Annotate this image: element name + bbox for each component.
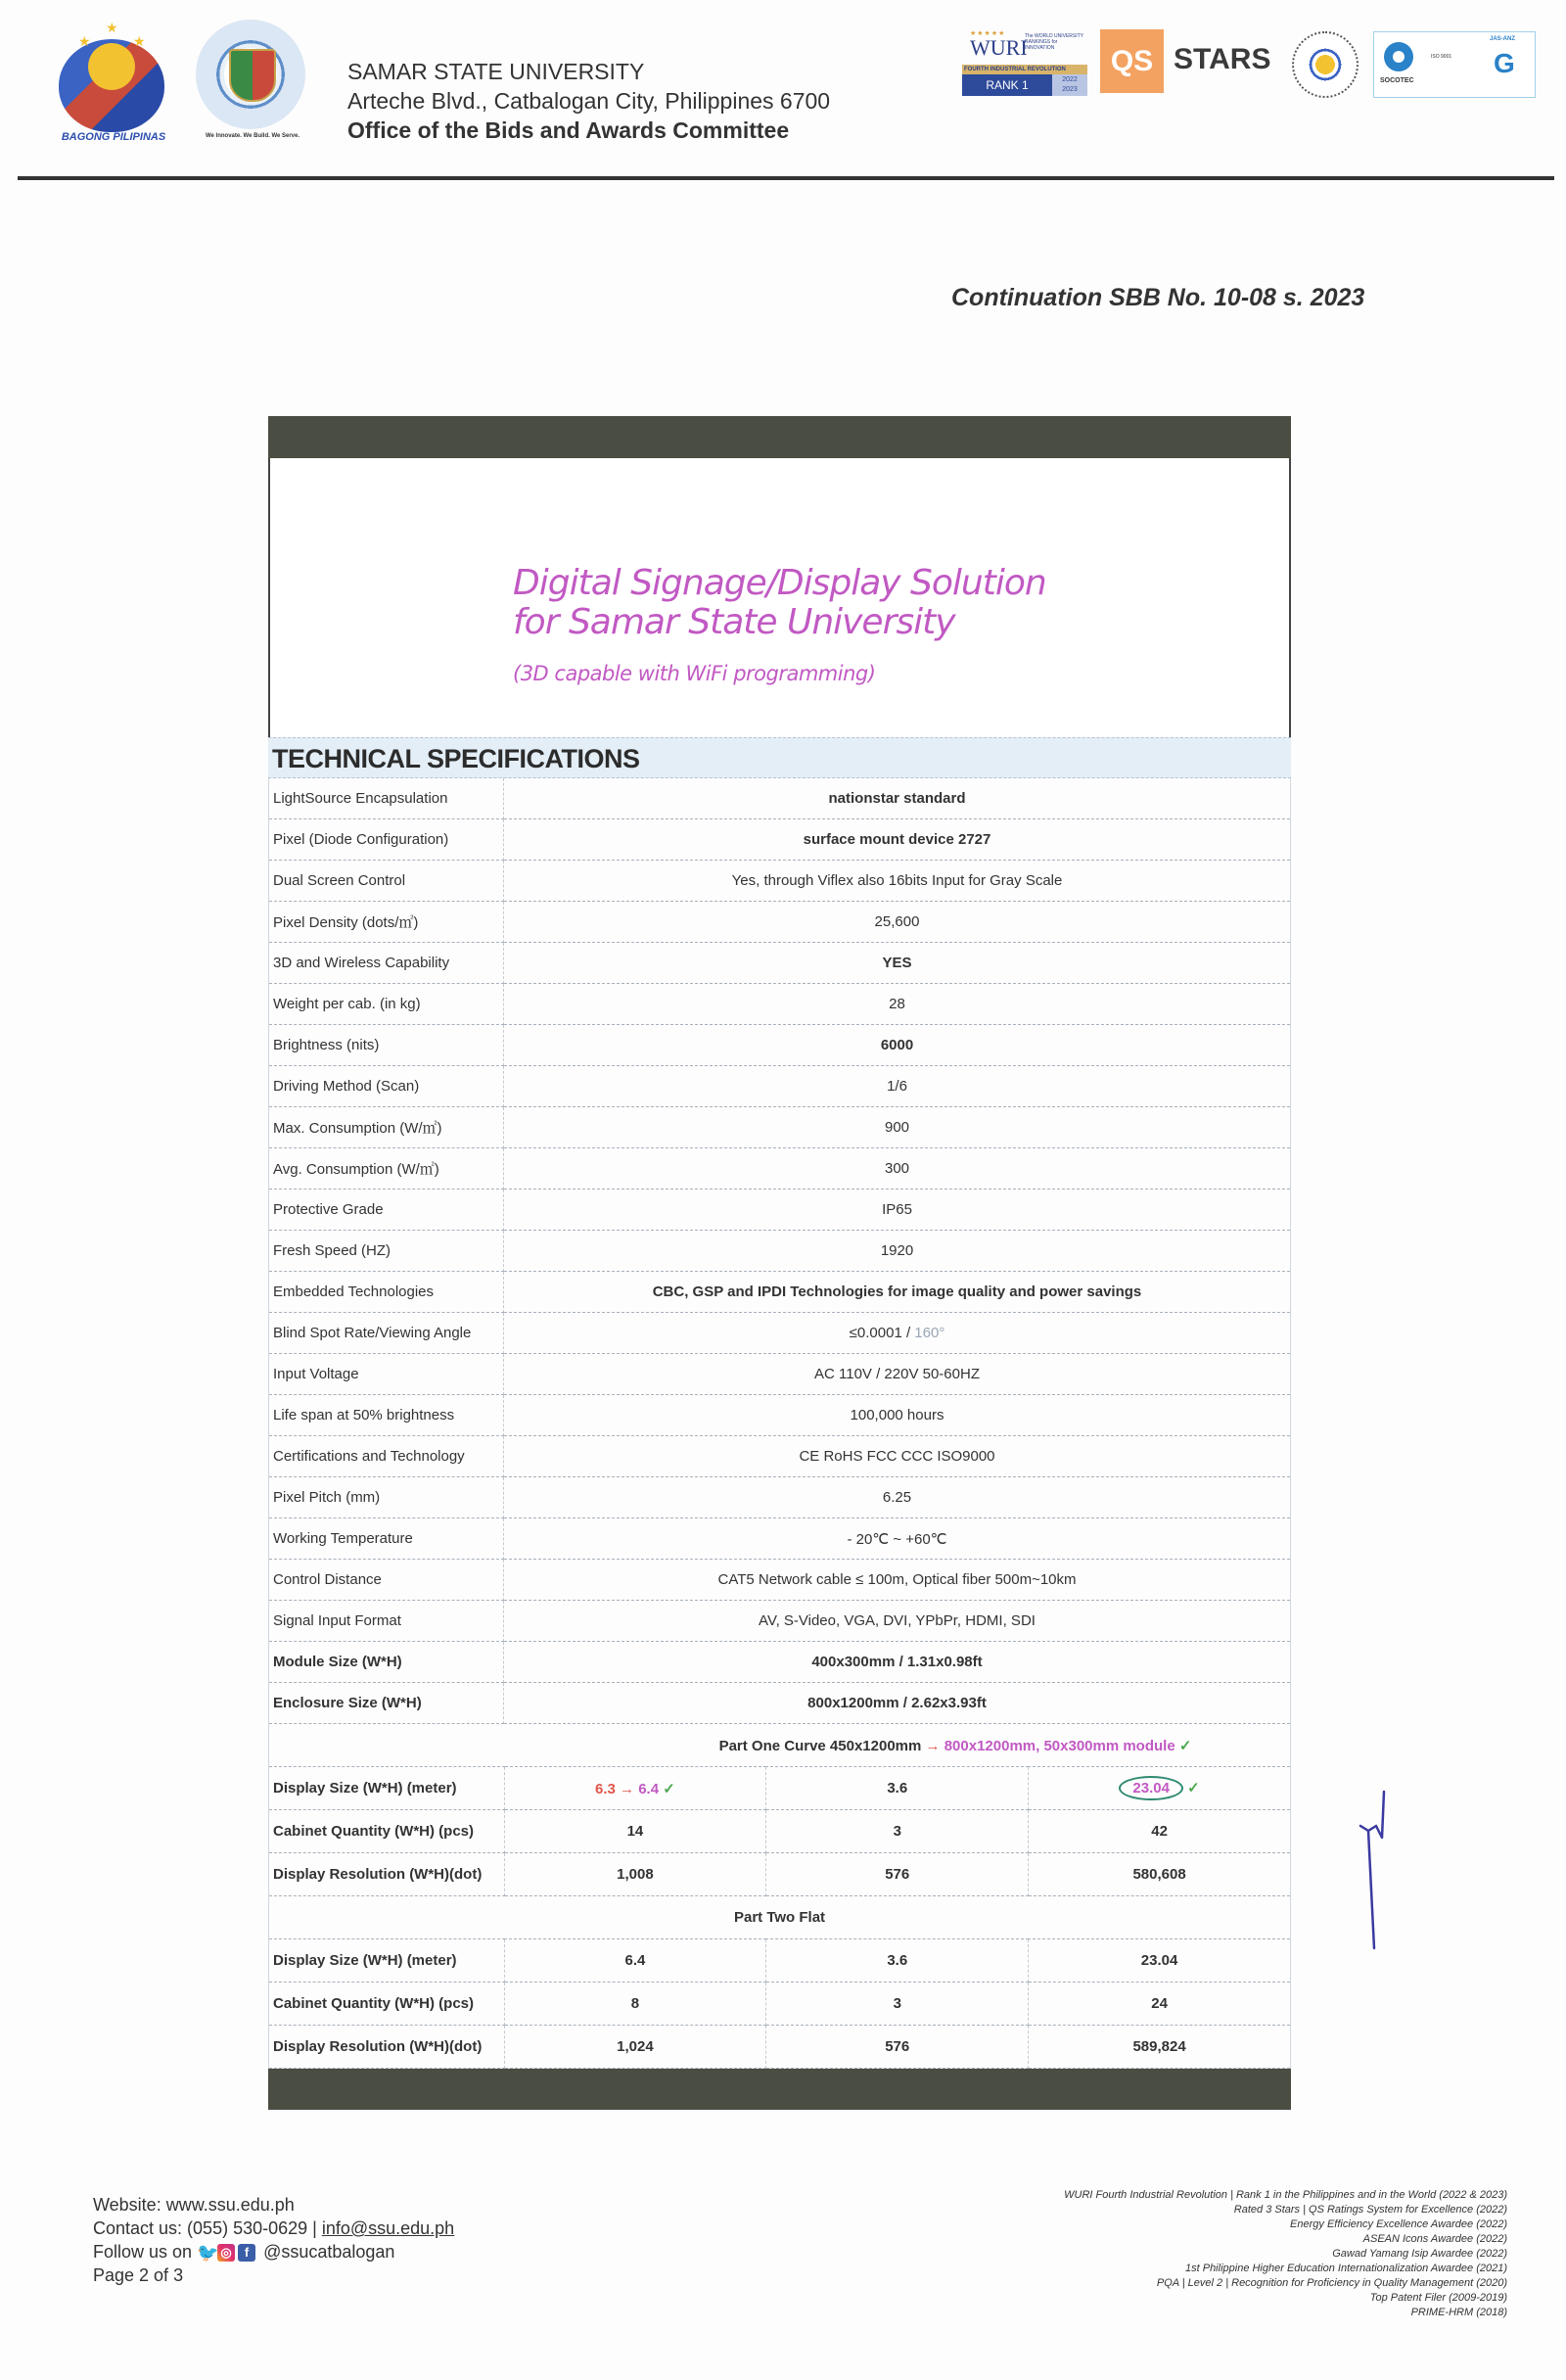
socotec-icon xyxy=(1384,42,1413,71)
spec-label: LightSource Encapsulation xyxy=(269,778,504,819)
row-label: Display Size (W*H) (meter) xyxy=(269,1939,505,1983)
spec-title: Digital Signage/Display Solution for Sam… xyxy=(513,564,1046,642)
table-row: Blind Spot Rate/Viewing Angle≤0.0001 / 1… xyxy=(269,1313,1291,1354)
cell-area: 23.04 ✓ xyxy=(1029,1767,1291,1810)
spec-title-line: Digital Signage/Display Solution xyxy=(513,564,1046,603)
bagong-pilipinas-logo: ★ ★ ★ BAGONG PILIPINAS xyxy=(49,20,174,145)
award-item: ASEAN Icons Awardee (2022) xyxy=(1064,2232,1507,2247)
twitter-icon[interactable]: 🐦 xyxy=(197,2244,214,2262)
wuri-band: FOURTH INDUSTRIAL REVOLUTION xyxy=(962,65,1087,74)
wuri-rank: RANK 1 xyxy=(962,74,1052,96)
spec-value: nationstar standard xyxy=(504,778,1291,819)
spec-value: CAT5 Network cable ≤ 100m, Optical fiber… xyxy=(504,1560,1291,1601)
iso-label: ISO 9001 xyxy=(1431,54,1451,60)
spec-value: AC 110V / 220V 50-60HZ xyxy=(504,1354,1291,1395)
cell-area: 23.04 xyxy=(1029,1939,1291,1983)
star-icon: ★ xyxy=(133,33,146,50)
jas-anz-label: JAS-ANZ xyxy=(1490,36,1515,42)
wuri-years: 2022 2023 xyxy=(1052,74,1087,96)
old-value: 6.3 xyxy=(595,1781,616,1797)
circled-value: 23.04 xyxy=(1119,1776,1183,1800)
spec-value-text: 6.25 xyxy=(883,1489,911,1506)
table-row: Weight per cab. (in kg)28 xyxy=(269,984,1291,1025)
row-label: Display Resolution (W*H)(dot) xyxy=(269,2026,505,2069)
handwritten-initial-icon xyxy=(1351,1782,1409,1978)
header-divider xyxy=(18,176,1554,180)
new-value: 6.4 xyxy=(638,1781,659,1797)
display-size-table: Part One Curve 450x1200mm → 800x1200mm, … xyxy=(268,1724,1291,2069)
ssu-tagline: We Innovate. We Build. We Serve. xyxy=(192,133,313,139)
spec-value-text: 100,000 hours xyxy=(851,1407,944,1423)
spec-label: Enclosure Size (W*H) xyxy=(269,1683,504,1724)
spec-value: 6.25 xyxy=(504,1477,1291,1518)
spec-label: Protective Grade xyxy=(269,1190,504,1231)
spec-label: Pixel Density (dots/㎡) xyxy=(269,902,504,943)
instagram-icon[interactable]: ◎ xyxy=(217,2244,235,2262)
spec-value: 400x300mm / 1.31x0.98ft xyxy=(504,1642,1291,1683)
cell-height: 3 xyxy=(766,1810,1029,1853)
socotec-iso-badge: SOCOTEC ISO 9001 JAS-ANZ G xyxy=(1373,31,1536,98)
spec-subtitle: (3D capable with WiFi programming) xyxy=(513,662,875,685)
spec-label: 3D and Wireless Capability xyxy=(269,943,504,984)
wuri-subtitle: The WORLD UNIVERSITY RANKINGS for INNOVA… xyxy=(1025,33,1083,51)
spec-value: - 20℃ ~ +60℃ xyxy=(504,1518,1291,1560)
award-item: Top Patent Filer (2009-2019) xyxy=(1064,2291,1507,2306)
spec-value: surface mount device 2727 xyxy=(504,819,1291,861)
cell-total: 42 xyxy=(1029,1810,1291,1853)
university-name: SAMAR STATE UNIVERSITY xyxy=(347,57,830,86)
qs-logo: QS xyxy=(1100,29,1164,93)
cell-height: 3 xyxy=(766,1983,1029,2026)
sun-icon xyxy=(88,43,135,90)
spec-value-text: AV, S-Video, VGA, DVI, YPbPr, HDMI, SDI xyxy=(759,1612,1036,1629)
wuri-year: 2023 xyxy=(1052,85,1087,95)
spec-label: Fresh Speed (HZ) xyxy=(269,1231,504,1272)
shield-icon xyxy=(229,49,276,102)
spec-value: Yes, through Viflex also 16bits Input fo… xyxy=(504,861,1291,902)
spec-label: Brightness (nits) xyxy=(269,1025,504,1066)
ssu-seal-logo: We Innovate. We Build. We Serve. xyxy=(192,20,313,145)
cell-height: 576 xyxy=(766,1853,1029,1896)
spec-value: 300 xyxy=(504,1148,1291,1190)
table-row: Protective GradeIP65 xyxy=(269,1190,1291,1231)
award-item: WURI Fourth Industrial Revolution | Rank… xyxy=(1064,2188,1507,2203)
spec-value-text: 1/6 xyxy=(887,1078,907,1095)
star-icon: ★ xyxy=(106,20,118,36)
spec-value-text: IP65 xyxy=(882,1201,912,1218)
spec-value-text: 25,600 xyxy=(875,913,920,930)
spec-value-text: 1920 xyxy=(881,1242,913,1259)
table-row: Brightness (nits)6000 xyxy=(269,1025,1291,1066)
spec-value-text: 800x1200mm / 2.62x3.93ft xyxy=(807,1695,987,1711)
cell-height: 3.6 xyxy=(766,1767,1029,1810)
spec-label: Blind Spot Rate/Viewing Angle xyxy=(269,1313,504,1354)
spec-value: YES xyxy=(504,943,1291,984)
award-item: Rated 3 Stars | QS Ratings System for Ex… xyxy=(1064,2203,1507,2217)
row-label: Cabinet Quantity (W*H) (pcs) xyxy=(269,1983,505,2026)
cell-height: 576 xyxy=(766,2026,1029,2069)
table-row: Display Size (W*H) (meter) 6.4 3.6 23.04 xyxy=(269,1939,1291,1983)
row-label: Display Resolution (W*H)(dot) xyxy=(269,1853,505,1896)
spec-value: CBC, GSP and IPDI Technologies for image… xyxy=(504,1272,1291,1313)
document-reference: Continuation SBB No. 10-08 s. 2023 xyxy=(951,284,1364,312)
cell-width: 14 xyxy=(504,1810,766,1853)
spec-value-text: 6000 xyxy=(881,1037,913,1053)
table-row: Enclosure Size (W*H)800x1200mm / 2.62x3.… xyxy=(269,1683,1291,1724)
table-row: Embedded TechnologiesCBC, GSP and IPDI T… xyxy=(269,1272,1291,1313)
footer-contact: Website: www.ssu.edu.ph Contact us: (055… xyxy=(93,2193,454,2287)
spec-label: Certifications and Technology xyxy=(269,1436,504,1477)
spec-title-block: Digital Signage/Display Solution for Sam… xyxy=(268,458,1291,737)
philippine-quality-award-icon xyxy=(1292,31,1359,98)
award-item: Energy Efficiency Excellence Awardee (20… xyxy=(1064,2217,1507,2232)
footer-contact-line: Contact us: (055) 530-0629 | info@ssu.ed… xyxy=(93,2217,454,2240)
spec-label: Working Temperature xyxy=(269,1518,504,1560)
spec-value: 28 xyxy=(504,984,1291,1025)
footer-website[interactable]: Website: www.ssu.edu.ph xyxy=(93,2193,454,2217)
table-row: Control DistanceCAT5 Network cable ≤ 100… xyxy=(269,1560,1291,1601)
spec-label: Dual Screen Control xyxy=(269,861,504,902)
arrow-right-icon: → xyxy=(620,1781,634,1797)
cell-width: 1,008 xyxy=(504,1853,766,1896)
specs-table: LightSource Encapsulationnationstar stan… xyxy=(268,778,1291,1724)
table-row: Display Resolution (W*H)(dot) 1,024 576 … xyxy=(269,2026,1291,2069)
spec-sheet: Digital Signage/Display Solution for Sam… xyxy=(268,416,1291,2110)
socotec-label: SOCOTEC xyxy=(1380,77,1414,84)
section-heading: TECHNICAL SPECIFICATIONS xyxy=(268,737,1291,778)
spec-bottom-bar xyxy=(268,2069,1291,2110)
spec-label: Input Voltage xyxy=(269,1354,504,1395)
table-row: Pixel Pitch (mm)6.25 xyxy=(269,1477,1291,1518)
table-row: Display Resolution (W*H)(dot) 1,008 576 … xyxy=(269,1853,1291,1896)
spec-value: ≤0.0001 / 160° xyxy=(504,1313,1291,1354)
spec-value: 100,000 hours xyxy=(504,1395,1291,1436)
cell-total: 589,824 xyxy=(1029,2026,1291,2069)
spec-value: 800x1200mm / 2.62x3.93ft xyxy=(504,1683,1291,1724)
spec-title-line: for Samar State University xyxy=(513,603,1046,642)
table-row: Life span at 50% brightness100,000 hours xyxy=(269,1395,1291,1436)
wuri-badge: ★★★★★ WURI The WORLD UNIVERSITY RANKINGS… xyxy=(962,29,1087,96)
spec-top-bar xyxy=(268,416,1291,458)
spec-value-text: 28 xyxy=(889,996,905,1012)
spec-label: Control Distance xyxy=(269,1560,504,1601)
checkmark-icon: ✓ xyxy=(1179,1738,1192,1754)
table-row: LightSource Encapsulationnationstar stan… xyxy=(269,778,1291,819)
spec-value-text: surface mount device 2727 xyxy=(804,831,991,848)
table-row: Pixel Density (dots/㎡)25,600 xyxy=(269,902,1291,943)
spec-label: Signal Input Format xyxy=(269,1601,504,1642)
spec-label: Embedded Technologies xyxy=(269,1272,504,1313)
spec-label: Life span at 50% brightness xyxy=(269,1395,504,1436)
spec-label: Max. Consumption (W/㎡) xyxy=(269,1107,504,1148)
table-row: Working Temperature- 20℃ ~ +60℃ xyxy=(269,1518,1291,1560)
facebook-icon[interactable]: f xyxy=(238,2244,255,2262)
part-two-heading: Part Two Flat xyxy=(269,1896,1291,1939)
cell-total: 24 xyxy=(1029,1983,1291,2026)
part-one-heading: Part One Curve 450x1200mm → 800x1200mm, … xyxy=(504,1724,1291,1767)
table-row: Avg. Consumption (W/㎡)300 xyxy=(269,1148,1291,1190)
wuri-wordmark: WURI xyxy=(970,35,1028,61)
award-item: Gawad Yamang Isip Awardee (2022) xyxy=(1064,2247,1507,2262)
spec-value-text: 900 xyxy=(885,1119,909,1136)
award-item: 1st Philippine Higher Education Internat… xyxy=(1064,2262,1507,2276)
part-one-correction: 800x1200mm, 50x300mm module xyxy=(944,1738,1175,1754)
spec-value: 900 xyxy=(504,1107,1291,1148)
table-row: Cabinet Quantity (W*H) (pcs) 14 3 42 xyxy=(269,1810,1291,1853)
part-one-label: Part One Curve 450x1200mm xyxy=(719,1738,922,1754)
star-icon: ★ xyxy=(78,33,91,50)
cell-width: 8 xyxy=(504,1983,766,2026)
row-label: Display Size (W*H) (meter) xyxy=(269,1767,505,1810)
follow-label: Follow us on xyxy=(93,2242,197,2262)
cell-total: 580,608 xyxy=(1029,1853,1291,1896)
spec-value-extra: 160° xyxy=(914,1325,944,1341)
table-row: Signal Input FormatAV, S-Video, VGA, DVI… xyxy=(269,1601,1291,1642)
spec-value: CE RoHS FCC CCC ISO9000 xyxy=(504,1436,1291,1477)
table-row: Module Size (W*H)400x300mm / 1.31x0.98ft xyxy=(269,1642,1291,1683)
spec-value-text: 400x300mm / 1.31x0.98ft xyxy=(811,1654,982,1670)
cell-width: 1,024 xyxy=(504,2026,766,2069)
checkmark-icon: ✓ xyxy=(1187,1780,1200,1797)
email-link[interactable]: info@ssu.edu.ph xyxy=(322,2218,454,2238)
arrow-right-icon: → xyxy=(926,1738,941,1754)
footer-social: Follow us on 🐦◎f @ssucatbalogan xyxy=(93,2240,454,2263)
spec-value: AV, S-Video, VGA, DVI, YPbPr, HDMI, SDI xyxy=(504,1601,1291,1642)
cell-height: 3.6 xyxy=(766,1939,1029,1983)
spec-value-text: Yes, through Viflex also 16bits Input fo… xyxy=(732,872,1063,889)
spec-value-text: CE RoHS FCC CCC ISO9000 xyxy=(799,1448,994,1465)
university-address: Arteche Blvd., Catbalogan City, Philippi… xyxy=(347,86,830,116)
spec-value-text: YES xyxy=(882,955,911,971)
table-row: Max. Consumption (W/㎡)900 xyxy=(269,1107,1291,1148)
qs-stars-label: STARS xyxy=(1174,43,1270,76)
table-row: Certifications and TechnologyCE RoHS FCC… xyxy=(269,1436,1291,1477)
checkmark-icon: ✓ xyxy=(663,1781,675,1797)
jas-anz-icon: G xyxy=(1494,48,1515,79)
part-two-heading-row: Part Two Flat xyxy=(269,1896,1291,1939)
table-row: Display Size (W*H) (meter) 6.3 → 6.4 ✓ 3… xyxy=(269,1767,1291,1810)
cell-width: 6.4 xyxy=(504,1939,766,1983)
social-handle: @ssucatbalogan xyxy=(263,2242,394,2262)
award-item: PRIME-HRM (2018) xyxy=(1064,2306,1507,2320)
table-row: Input VoltageAC 110V / 220V 50-60HZ xyxy=(269,1354,1291,1395)
office-name: Office of the Bids and Awards Committee xyxy=(347,116,830,145)
spec-value: 1/6 xyxy=(504,1066,1291,1107)
table-row: Driving Method (Scan)1/6 xyxy=(269,1066,1291,1107)
cell-width: 6.3 → 6.4 ✓ xyxy=(504,1767,766,1810)
spec-label: Module Size (W*H) xyxy=(269,1642,504,1683)
spec-label: Pixel Pitch (mm) xyxy=(269,1477,504,1518)
spec-value-text: nationstar standard xyxy=(828,790,965,807)
table-row: Fresh Speed (HZ)1920 xyxy=(269,1231,1291,1272)
spec-label: Pixel (Diode Configuration) xyxy=(269,819,504,861)
row-label: Cabinet Quantity (W*H) (pcs) xyxy=(269,1810,505,1853)
spec-label: Avg. Consumption (W/㎡) xyxy=(269,1148,504,1190)
spec-value: 25,600 xyxy=(504,902,1291,943)
bagong-pilipinas-caption: BAGONG PILIPINAS xyxy=(45,131,182,143)
spec-value-text: CAT5 Network cable ≤ 100m, Optical fiber… xyxy=(717,1571,1076,1588)
spec-label: Weight per cab. (in kg) xyxy=(269,984,504,1025)
spec-value-text: - 20℃ ~ +60℃ xyxy=(847,1531,946,1548)
table-row: Cabinet Quantity (W*H) (pcs) 8 3 24 xyxy=(269,1983,1291,2026)
table-row: Pixel (Diode Configuration)surface mount… xyxy=(269,819,1291,861)
letterhead: SAMAR STATE UNIVERSITY Arteche Blvd., Ca… xyxy=(347,57,830,145)
table-row: 3D and Wireless CapabilityYES xyxy=(269,943,1291,984)
spec-value-text: AC 110V / 220V 50-60HZ xyxy=(814,1366,980,1382)
part-one-heading-row: Part One Curve 450x1200mm → 800x1200mm, … xyxy=(269,1724,1291,1767)
spec-value-text: 300 xyxy=(885,1160,909,1177)
spec-value: 6000 xyxy=(504,1025,1291,1066)
table-row: Dual Screen ControlYes, through Viflex a… xyxy=(269,861,1291,902)
page-number: Page 2 of 3 xyxy=(93,2263,454,2287)
spec-value-text: ≤0.0001 / xyxy=(850,1325,915,1341)
wuri-year: 2022 xyxy=(1052,75,1087,85)
spec-label: Driving Method (Scan) xyxy=(269,1066,504,1107)
award-item: PQA | Level 2 | Recognition for Proficie… xyxy=(1064,2276,1507,2291)
spec-value: IP65 xyxy=(504,1190,1291,1231)
spec-value: 1920 xyxy=(504,1231,1291,1272)
contact-phone: Contact us: (055) 530-0629 | xyxy=(93,2218,322,2238)
awards-list: WURI Fourth Industrial Revolution | Rank… xyxy=(1064,2188,1507,2320)
spec-value-text: CBC, GSP and IPDI Technologies for image… xyxy=(653,1283,1142,1300)
